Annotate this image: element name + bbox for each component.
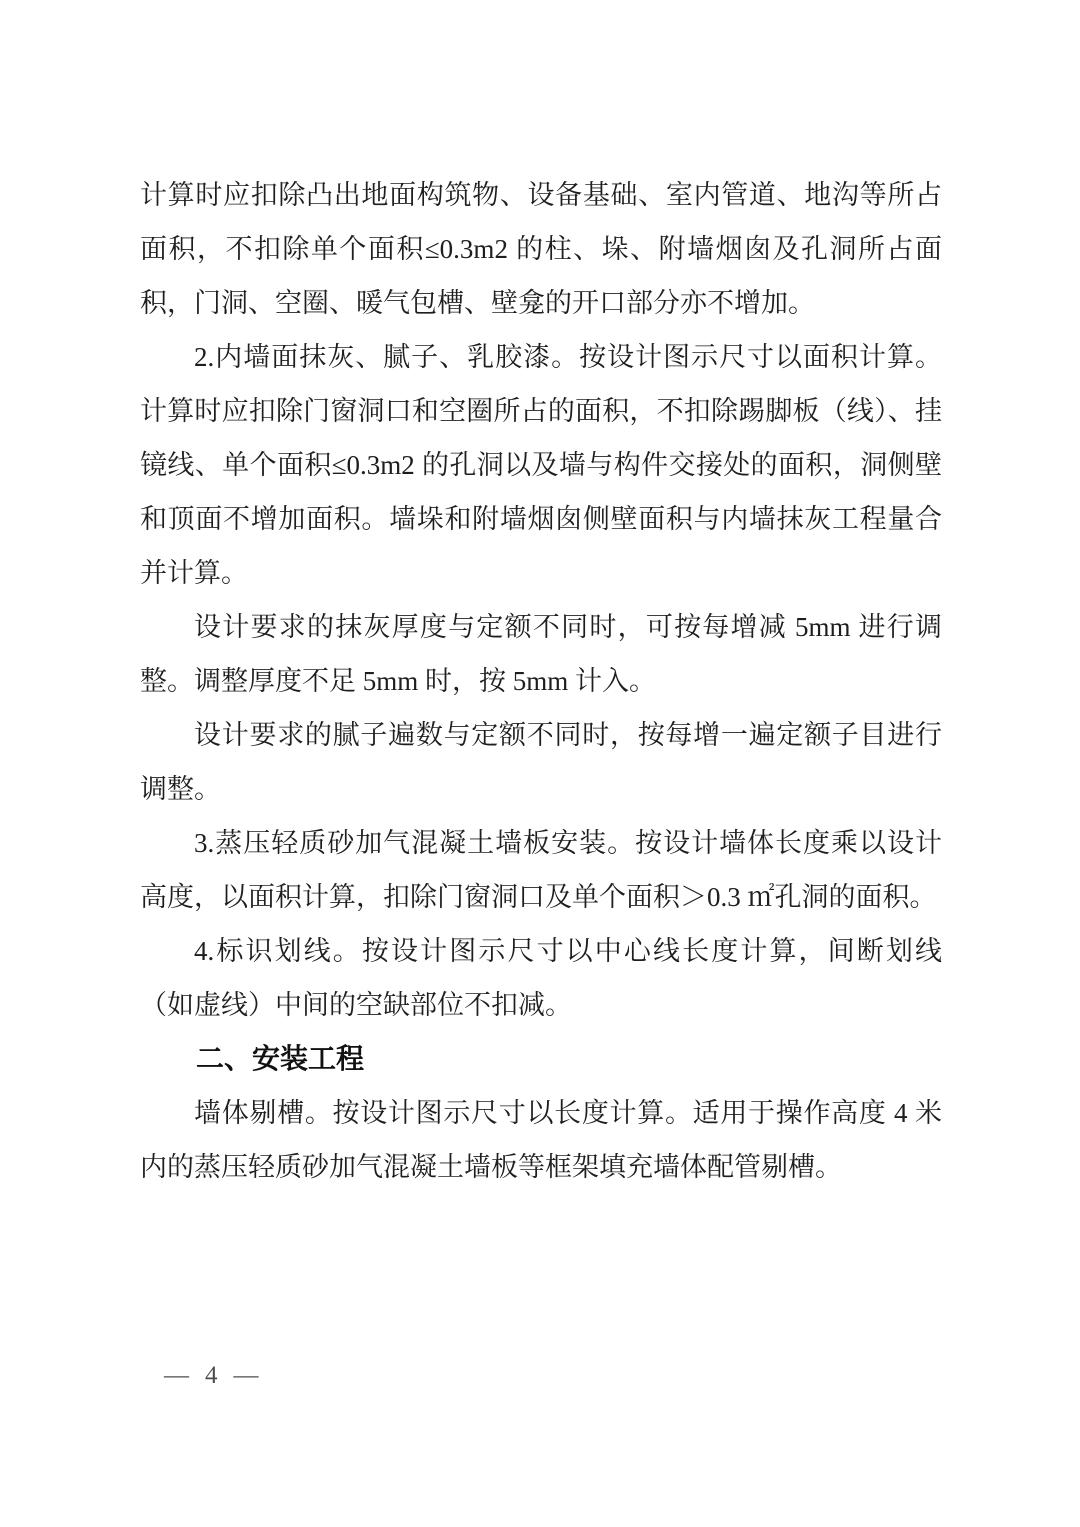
paragraph-item-3-aac-wall-panel-installation: 3.蒸压轻质砂加气混凝土墙板安装。按设计墙体长度乘以设计高度，以面积计算，扣除门… (140, 816, 942, 924)
paragraph-putty-coats-adjustment: 设计要求的腻子遍数与定额不同时，按每增一遍定额子目进行调整。 (140, 708, 942, 816)
paragraph-plaster-thickness-adjustment: 设计要求的抹灰厚度与定额不同时，可按每增减 5mm 进行调整。调整厚度不足 5m… (140, 600, 942, 708)
text-column: 计算时应扣除凸出地面构筑物、设备基础、室内管道、地沟等所占面积，不扣除单个面积≤… (140, 168, 942, 1194)
paragraph-continued-from-previous-page: 计算时应扣除凸出地面构筑物、设备基础、室内管道、地沟等所占面积，不扣除单个面积≤… (140, 168, 942, 330)
footer-left-dash: — (164, 1362, 191, 1390)
document-page: 计算时应扣除凸出地面构筑物、设备基础、室内管道、地沟等所占面积，不扣除单个面积≤… (0, 0, 1080, 1527)
paragraph-item-2-interior-wall-plaster: 2.内墙面抹灰、腻子、乳胶漆。按设计图示尺寸以面积计算。计算时应扣除门窗洞口和空… (140, 330, 942, 600)
footer-right-dash: — (234, 1362, 261, 1390)
page-footer: —4— (150, 1362, 275, 1390)
paragraph-item-4-marking-lines: 4.标识划线。按设计图示尺寸以中心线长度计算，间断划线（如虚线）中间的空缺部位不… (140, 924, 942, 1032)
paragraph-wall-chasing: 墙体剔槽。按设计图示尺寸以长度计算。适用于操作高度 4 米内的蒸压轻质砂加气混凝… (140, 1086, 942, 1194)
section-heading-installation-works: 二、安装工程 (140, 1032, 942, 1086)
page-number: 4 (205, 1362, 220, 1389)
